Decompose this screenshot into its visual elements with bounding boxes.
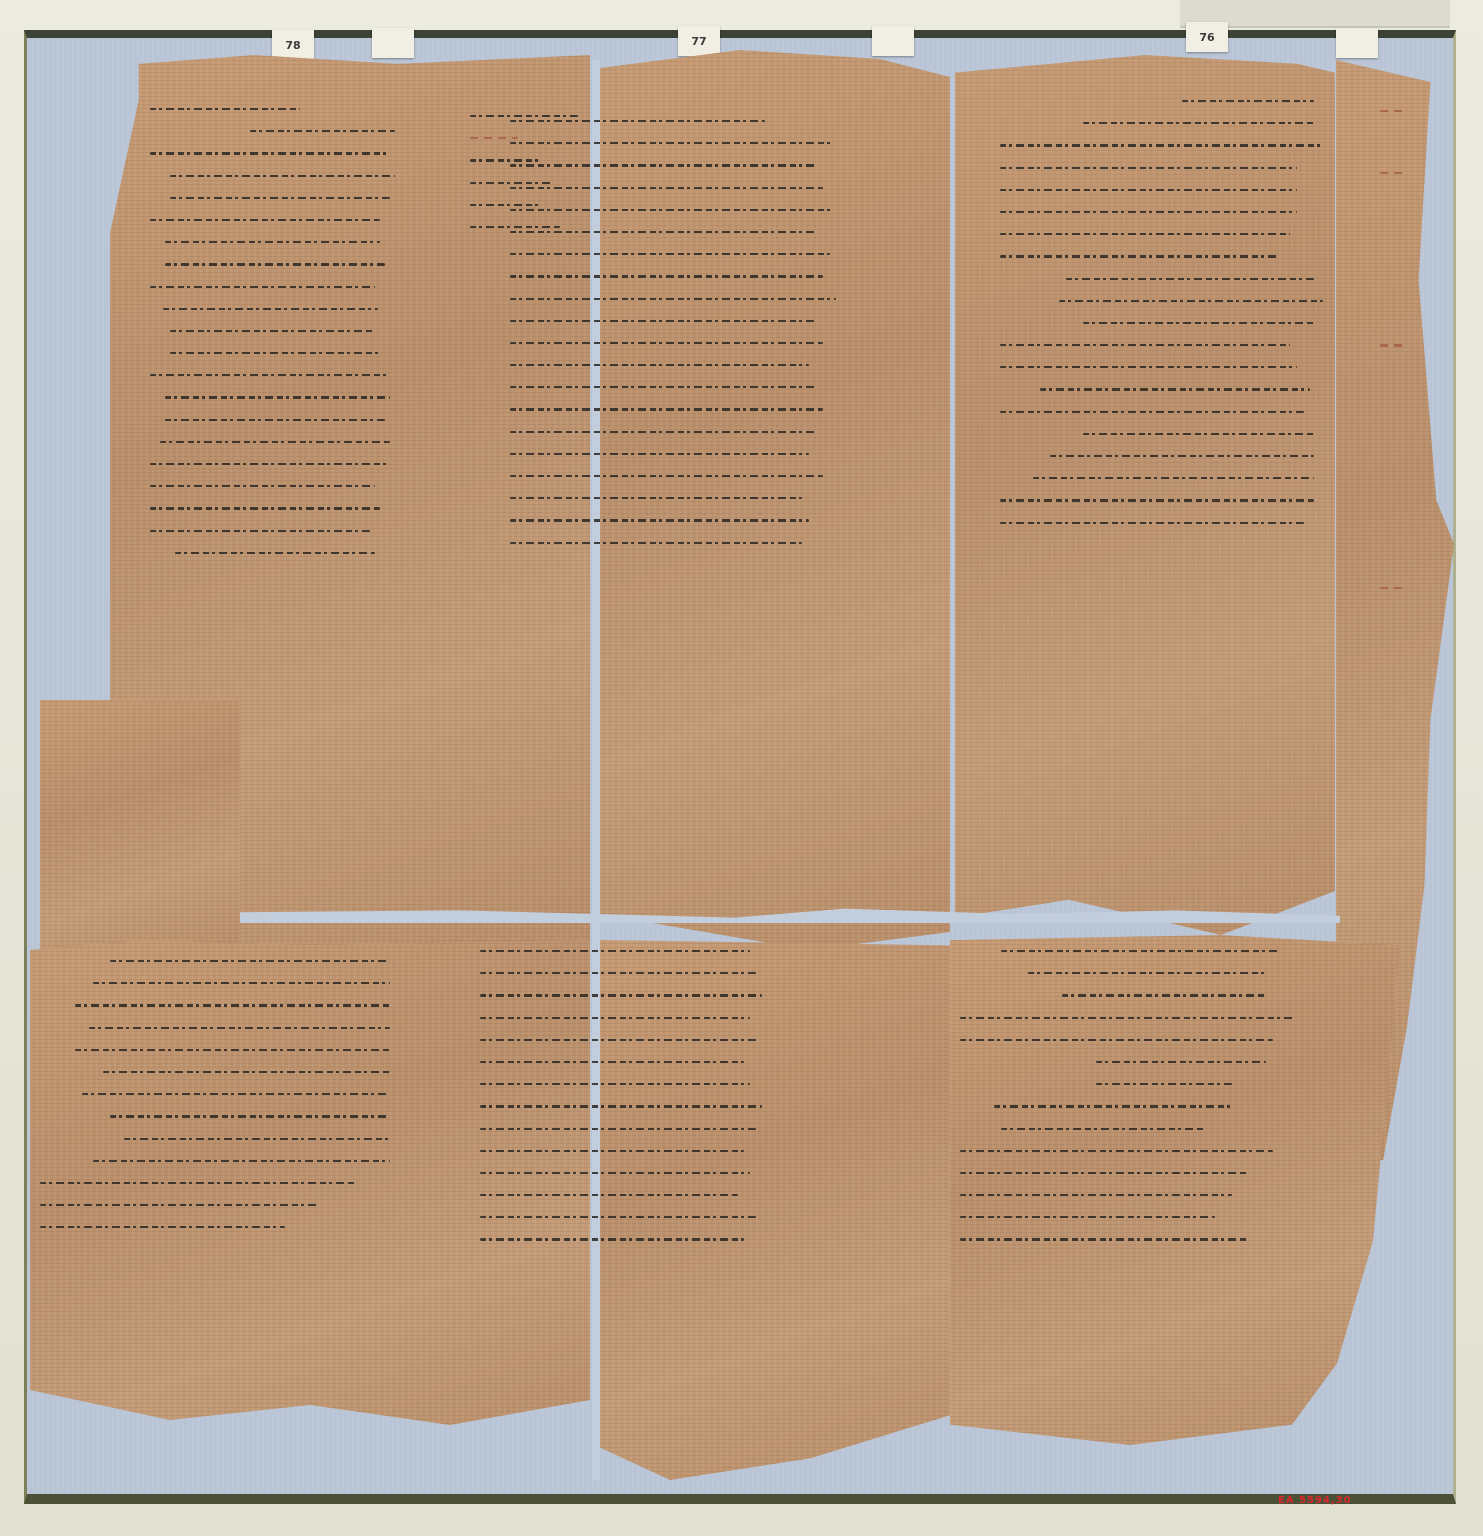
rubric-marks [1380, 110, 1420, 710]
sheet-label-77: 77 [678, 26, 720, 56]
sheet-label-blank [872, 26, 914, 56]
sheet-label-blank [1336, 28, 1378, 58]
sheet-label-76: 76 [1186, 22, 1228, 52]
hieratic-column-4 [1000, 100, 1330, 880]
hieratic-lower-left [40, 960, 390, 1400]
sheet-label-78: 78 [272, 30, 314, 60]
hieratic-lower-right [960, 950, 1300, 1420]
sheet-label-blank [372, 28, 414, 58]
hieratic-column-1 [150, 108, 400, 888]
hieratic-column-3 [510, 120, 850, 900]
registration-stamp: EA 5594,30 [1278, 1495, 1352, 1506]
hieratic-lower-middle [480, 950, 780, 1420]
